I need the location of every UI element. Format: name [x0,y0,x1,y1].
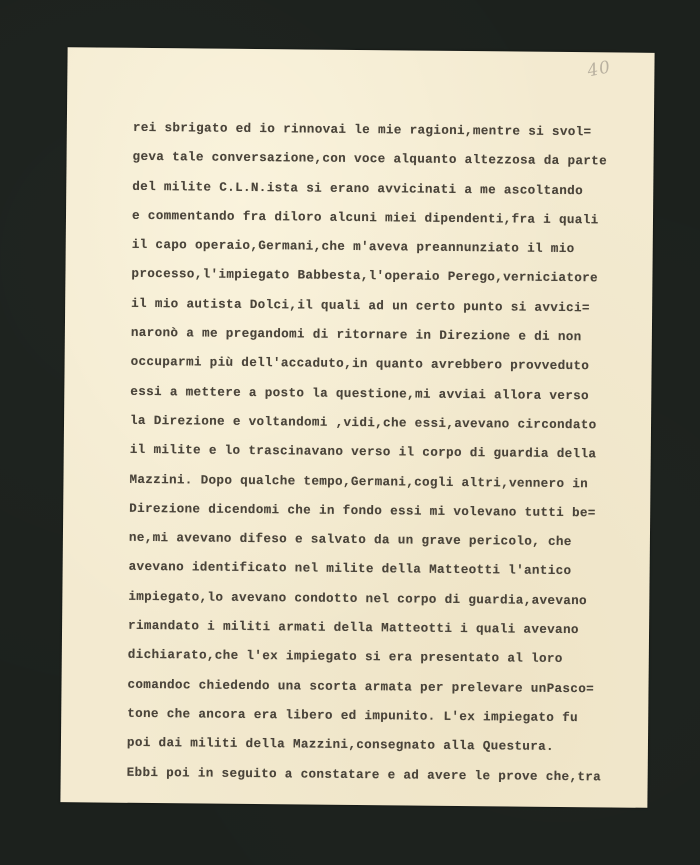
text-line: processo,l'impiegato Babbesta,l'operaio … [131,260,651,294]
text-line: Ebbi poi in seguito a constatare e ad av… [127,758,647,792]
typewritten-page: 40 rei sbrigato ed io rinnovai le mie ra… [60,47,654,808]
text-line: poi dai militi della Mazzini,consegnato … [127,729,647,763]
text-line: dichiarato,che l'ex impiegato si era pre… [128,641,648,675]
text-line: il milite e lo trascinavano verso il cor… [130,436,650,470]
handwritten-page-number: 40 [586,57,613,81]
typewritten-text-body: rei sbrigato ed io rinnovai le mie ragio… [127,114,653,793]
text-line: occuparmi più dell'accaduto,in quanto av… [130,348,650,382]
text-line: Mazzini. Dopo qualche tempo,Germani,cogl… [129,465,649,499]
text-line: geva tale conversazione,con voce alquant… [132,143,652,177]
text-line: avevano identificato nel milite della Ma… [129,553,649,587]
